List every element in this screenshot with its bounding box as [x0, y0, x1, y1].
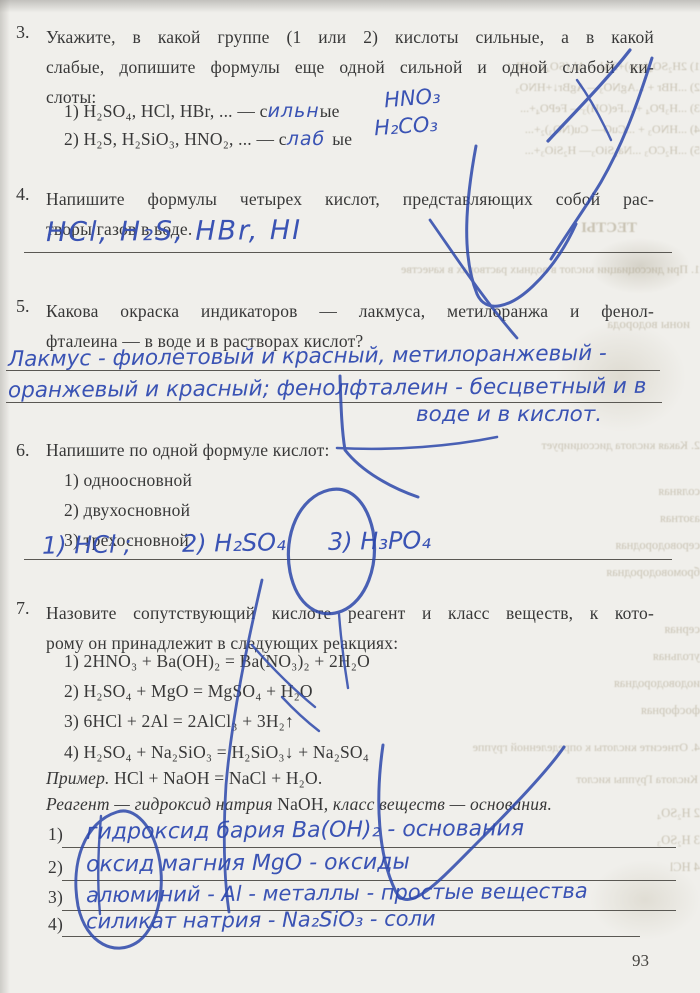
- item-2-printed: 2) H₂S, H₂SiO₃, HNO₂, ... — с: [64, 129, 287, 149]
- handwritten-answer-q6-1: 1) HCl ;: [42, 530, 132, 560]
- handwritten-answer-q7-4: силикат натрия - Nа₂SiО₃ - соли: [86, 906, 436, 933]
- handwritten-answer-q5-line1: Лакмус - фиолетовый и красный, метилоран…: [8, 341, 607, 372]
- question-5-number: 5.: [16, 296, 30, 317]
- answer-rule-q7-4: [62, 936, 640, 937]
- bleedthrough-test4-table-head: Кислота Группы кислот: [468, 772, 698, 787]
- workbook-page: 1) 2H₂SO₄(р-р)+2Al— Al₂(SO₄)₃+3H₂↑ 2) ..…: [0, 0, 700, 993]
- question-4-line: Напишите формулы четырех кислот, предста…: [46, 184, 654, 214]
- handwritten-answer-q7-1: гидроксид бария Ва(ОН)₂ - основания: [86, 816, 524, 845]
- handwritten-answer-q7-3: алюминий - Аl - металлы - простые вещест…: [86, 879, 588, 907]
- example-line: Пример. HCl + NaOH = NaCl + H₂O.: [46, 768, 322, 789]
- handwritten-answer-q7-2: оксид магния МgО - оксиды: [86, 850, 410, 878]
- handwritten-answer-q6-2: 2) H₂SO₄: [182, 528, 286, 558]
- item-2-printed-end: ые: [332, 129, 352, 149]
- item-1-printed-end: ые: [320, 101, 340, 121]
- answer-7-2-number: 2): [48, 857, 63, 878]
- scan-smudge: [590, 860, 700, 940]
- handwritten-answer-q4: HCl, H₂S, HBr, HI: [46, 215, 302, 248]
- question-7-text: Назовите сопутствующий кислоте реагент и…: [46, 598, 654, 658]
- handwritten-fill-slabye: лаб: [287, 128, 326, 150]
- handwritten-h2co3: H₂CO₃: [373, 112, 438, 140]
- pen-stroke: [337, 437, 497, 449]
- reagent-text-a: Реагент — гидроксид натрия: [46, 794, 277, 814]
- reaction-1: 1) 2HNO₃ + Ba(OH)₂ = Ba(NO₃)₂ + 2H₂O: [64, 651, 370, 672]
- answer-7-3-number: 3): [48, 887, 63, 908]
- answer-rule-q7-1: [62, 847, 676, 848]
- answer-rule-q4: [24, 252, 672, 253]
- example-label: Пример.: [46, 768, 110, 788]
- handwritten-fill-silnye: ильн: [268, 100, 320, 122]
- question-3-item-2: 2) H₂S, H₂SiO₃, HNO₂, ... — слабые: [64, 128, 352, 150]
- handwritten-answer-q5-line2: оранжевый и красный; фенолфталеин - бесц…: [8, 374, 647, 403]
- page-number: 93: [632, 951, 649, 971]
- question-3-line: Укажите, в какой группе (1 или 2) кислот…: [46, 22, 654, 52]
- question-7-number: 7.: [16, 598, 30, 619]
- handwritten-answer-q5-line3: воде и в кислот.: [416, 402, 602, 427]
- scan-smudge: [590, 238, 690, 294]
- bleedthrough-test2: 2. Какая кислота диссоциирует: [528, 438, 700, 453]
- handwritten-answer-q6-3: 3) H₃PO₄: [328, 526, 431, 556]
- question-6-number: 6.: [16, 440, 30, 461]
- reaction-2: 2) H₂SO₄ + MgO = MgSO₄ + H₂O: [64, 681, 313, 702]
- reagent-text-c: , класс веществ — основания.: [324, 794, 552, 814]
- question-3-number: 3.: [16, 22, 30, 43]
- question-5-line: Какова окраска индикаторов — лакмуса, ме…: [46, 296, 654, 326]
- answer-7-4-number: 4): [48, 914, 63, 935]
- answer-rule-q6: [24, 559, 672, 560]
- bleedthrough-test2-options: соляная азотная сероводородная бромоводо…: [552, 478, 700, 586]
- question-6-text: Напишите по одной формуле кислот:: [46, 440, 330, 461]
- example-equation: HCl + NaOH = NaCl + H₂O.: [110, 768, 323, 788]
- handwritten-hno3: HNO₃: [383, 84, 441, 113]
- question-3-line: слабые, допишите формулы еще одной сильн…: [46, 52, 654, 82]
- item-1-printed: 1) H₂SO₄, HCl, HBr, ... — с: [64, 101, 268, 121]
- question-7-line: Назовите сопутствующий кислоте реагент и…: [46, 598, 654, 628]
- reagent-line: Реагент — гидроксид натрия NaOH, класс в…: [46, 794, 552, 815]
- reagent-formula: NaOH: [277, 794, 323, 814]
- question-6-item-2: 2) двухосновной: [64, 500, 190, 521]
- question-6-item-1: 1) одноосновной: [64, 470, 192, 491]
- bleedthrough-test4: 4. Отнесите кислоты к определенной групп…: [462, 740, 700, 755]
- question-3-item-1: 1) H₂SO₄, HCl, HBr, ... — сильные: [64, 100, 340, 122]
- reaction-3: 3) 6HCl + 2Al = 2AlCl₃ + 3H₂↑: [64, 711, 294, 732]
- answer-7-1-number: 1): [48, 824, 63, 845]
- question-4-number: 4.: [16, 184, 30, 205]
- question-3-text: Укажите, в какой группе (1 или 2) кислот…: [46, 22, 654, 112]
- reaction-4: 4) H₂SO₄ + Na₂SiO₃ = H₂SiO₃↓ + Na₂SO₄: [64, 742, 369, 763]
